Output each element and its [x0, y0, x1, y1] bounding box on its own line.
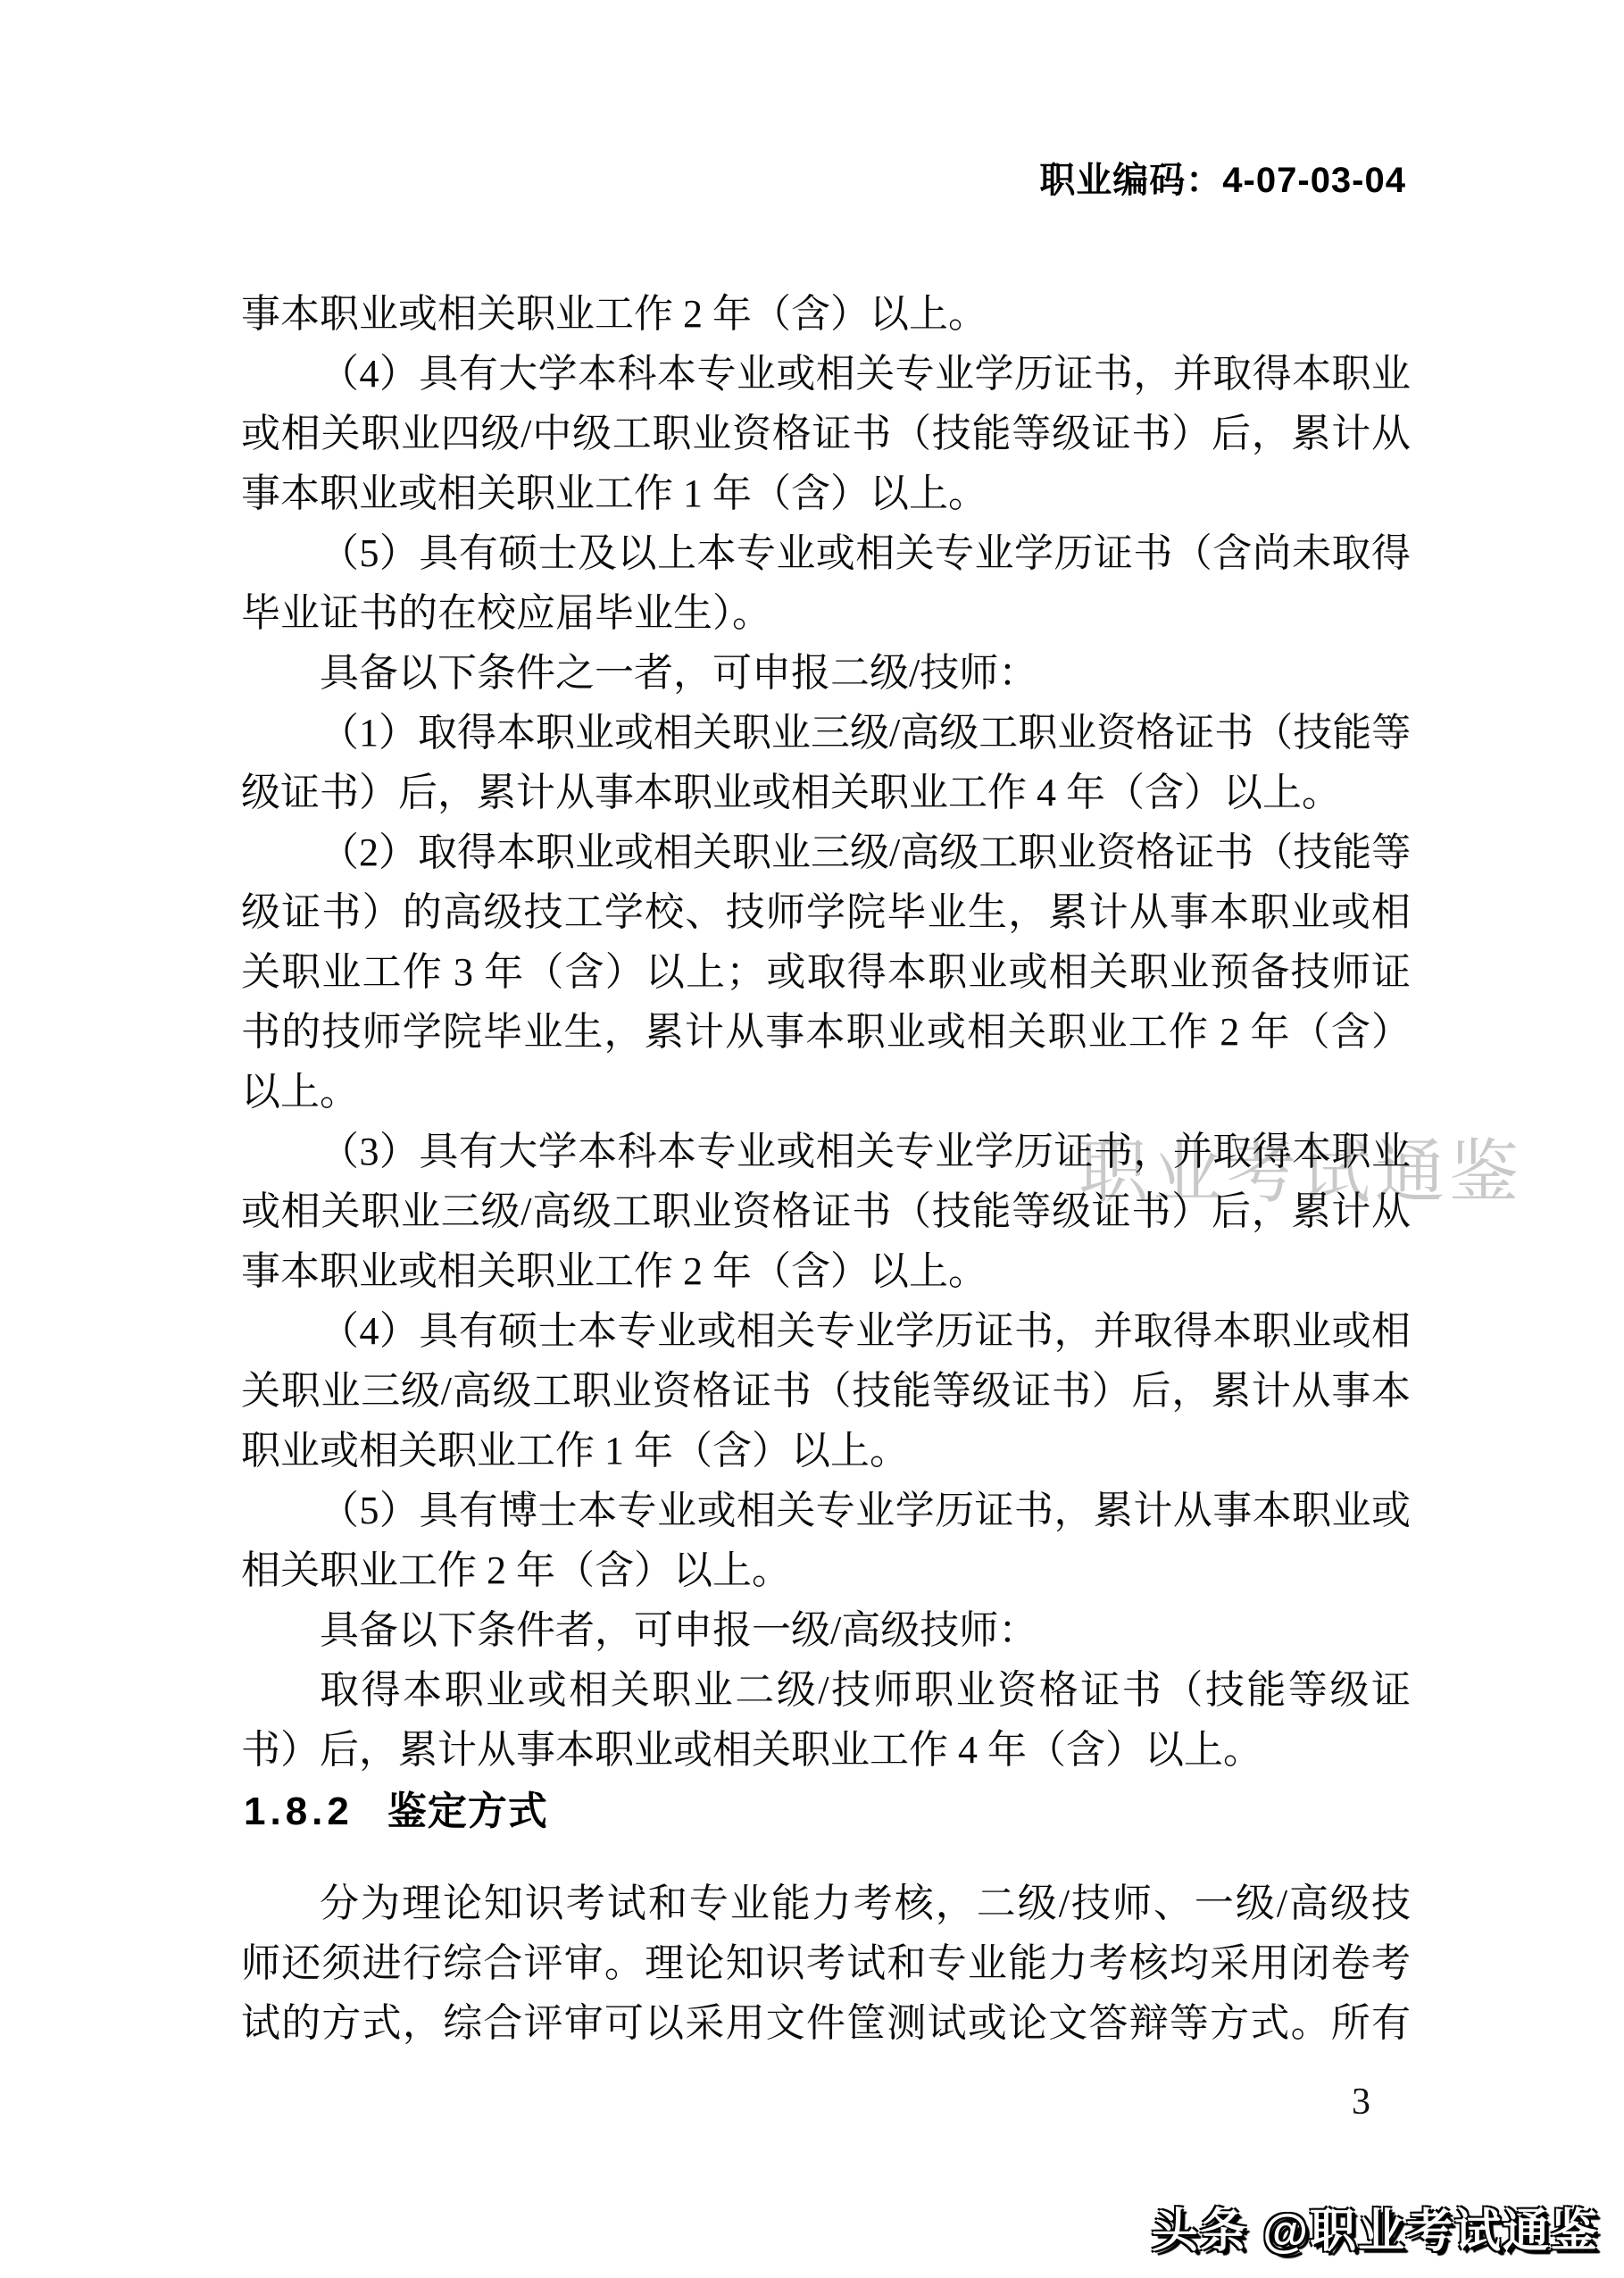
section-heading: 1.8.2鉴定方式 [244, 1782, 548, 1841]
text-line: 关职业三级/高级工职业资格证书（技能等级证书）后，累计从事本 [241, 1361, 1411, 1421]
page-number: 3 [1352, 2081, 1370, 2124]
text-line: 具备以下条件之一者，可申报二级/技师： [241, 643, 1411, 703]
requirements-text-block: 事本职业或相关职业工作 2 年（含）以上。（4）具有大学本科本专业或相关专业学历… [241, 284, 1411, 1780]
text-line: 事本职业或相关职业工作 2 年（含）以上。 [241, 1241, 1411, 1301]
text-line: （5）具有博士本专业或相关专业学历证书，累计从事本职业或 [241, 1481, 1411, 1540]
text-line: 或相关职业四级/中级工职业资格证书（技能等级证书）后，累计从 [241, 404, 1411, 463]
toutiao-watermark-badge: 头条 @职业考试通鉴 [1152, 2193, 1599, 2260]
text-line: 试的方式，综合评审可以采用文件筐测试或论文答辩等方式。所有 [241, 1993, 1411, 2053]
text-line: 分为理论知识考试和专业能力考核，二级/技师、一级/高级技 [241, 1873, 1411, 1933]
text-line: 职业或相关职业工作 1 年（含）以上。 [241, 1421, 1411, 1481]
occupation-code-header: 职业编码：4-07-03-04 [1039, 152, 1406, 203]
text-line: 具备以下条件者，可申报一级/高级技师： [241, 1600, 1411, 1660]
text-line: 毕业证书的在校应届毕业生）。 [241, 583, 1411, 643]
text-line: 以上。 [241, 1062, 1411, 1122]
text-line: 书的技师学院毕业生，累计从事本职业或相关职业工作 2 年（含） [241, 1002, 1411, 1062]
text-line: 相关职业工作 2 年（含）以上。 [241, 1540, 1411, 1600]
text-line: 书）后，累计从事本职业或相关职业工作 4 年（含）以上。 [241, 1720, 1411, 1780]
assessment-method-text-block: 分为理论知识考试和专业能力考核，二级/技师、一级/高级技师还须进行综合评审。理论… [241, 1873, 1411, 2053]
section-heading-title: 鉴定方式 [387, 1790, 548, 1833]
text-line: 级证书）的高级技工学校、技师学院毕业生，累计从事本职业或相 [241, 882, 1411, 942]
text-line: 或相关职业三级/高级工职业资格证书（技能等级证书）后，累计从 [241, 1181, 1411, 1241]
text-line: （2）取得本职业或相关职业三级/高级工职业资格证书（技能等 [241, 822, 1411, 882]
text-line: 师还须进行综合评审。理论知识考试和专业能力考核均采用闭卷考 [241, 1933, 1411, 1993]
text-line: 关职业工作 3 年（含）以上；或取得本职业或相关职业预备技师证 [241, 942, 1411, 1002]
text-line: 事本职业或相关职业工作 2 年（含）以上。 [241, 284, 1411, 344]
text-line: （4）具有大学本科本专业或相关专业学历证书，并取得本职业 [241, 344, 1411, 404]
text-line: 事本职业或相关职业工作 1 年（含）以上。 [241, 463, 1411, 523]
text-line: 取得本职业或相关职业二级/技师职业资格证书（技能等级证 [241, 1660, 1411, 1720]
text-line: 级证书）后，累计从事本职业或相关职业工作 4 年（含）以上。 [241, 763, 1411, 822]
section-heading-number: 1.8.2 [244, 1790, 354, 1833]
document-page: 职业编码：4-07-03-04 职业考试通鉴 事本职业或相关职业工作 2 年（含… [0, 0, 1624, 2278]
text-line: （4）具有硕士本专业或相关专业学历证书，并取得本职业或相 [241, 1301, 1411, 1361]
text-line: （5）具有硕士及以上本专业或相关专业学历证书（含尚未取得 [241, 523, 1411, 583]
text-line: （3）具有大学本科本专业或相关专业学历证书，并取得本职业 [241, 1122, 1411, 1181]
text-line: （1）取得本职业或相关职业三级/高级工职业资格证书（技能等 [241, 703, 1411, 763]
